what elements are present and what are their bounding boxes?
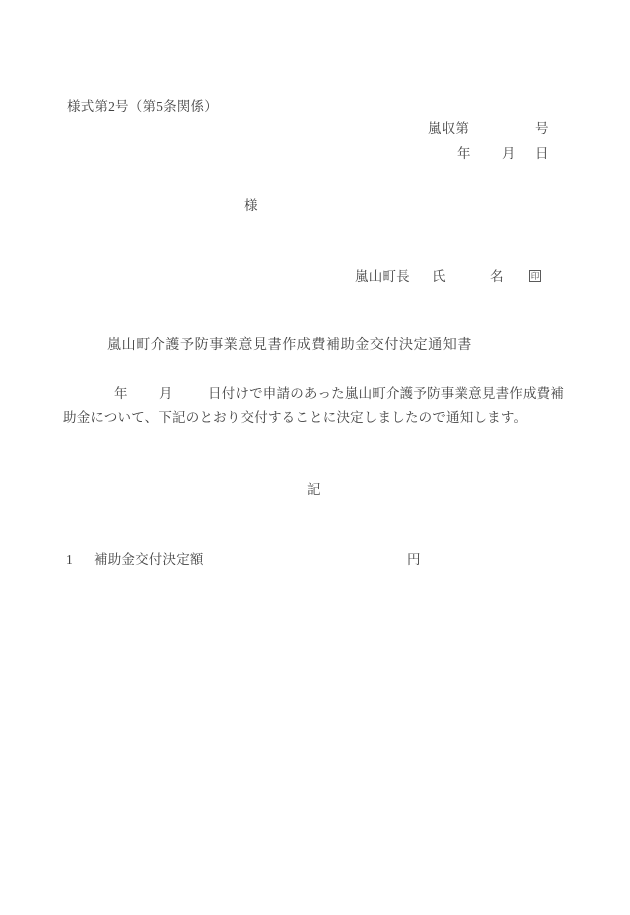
document-title: 嵐山町介護予防事業意見書作成費補助金交付決定通知書 <box>107 339 472 353</box>
item-number: 1 <box>66 553 73 567</box>
seal-mark: 印 <box>529 270 541 282</box>
date-day-label: 日 <box>535 147 549 161</box>
body-month-label: 月 <box>159 387 173 401</box>
body-line1-text: 日付けで申請のあった嵐山町介護予防事業意見書作成費補 <box>208 387 564 401</box>
body-line-2: 助金について、下記のとおり交付することに決定しましたので通知します。 <box>63 411 527 425</box>
item-unit: 円 <box>407 553 421 567</box>
date-year-label: 年 <box>457 147 471 161</box>
doc-number-suffix: 号 <box>535 122 549 136</box>
sender-given-name-label: 名 <box>490 270 504 284</box>
addressee-honorific: 様 <box>244 199 258 213</box>
form-number: 様式第2号（第5条関係） <box>67 100 218 114</box>
list-marker: 記 <box>307 483 321 497</box>
seal-character: 印 <box>530 271 540 281</box>
sender-surname-label: 氏 <box>432 270 446 284</box>
document-page: 様式第2号（第5条関係） 嵐収第 号 年 月 日 様 嵐山町長 氏 名 印 嵐山… <box>0 0 630 915</box>
body-year-label: 年 <box>114 387 128 401</box>
sender-title: 嵐山町長 <box>355 270 410 284</box>
date-month-label: 月 <box>502 147 516 161</box>
item-label: 補助金交付決定額 <box>94 553 204 567</box>
doc-number-prefix: 嵐収第 <box>428 122 469 136</box>
